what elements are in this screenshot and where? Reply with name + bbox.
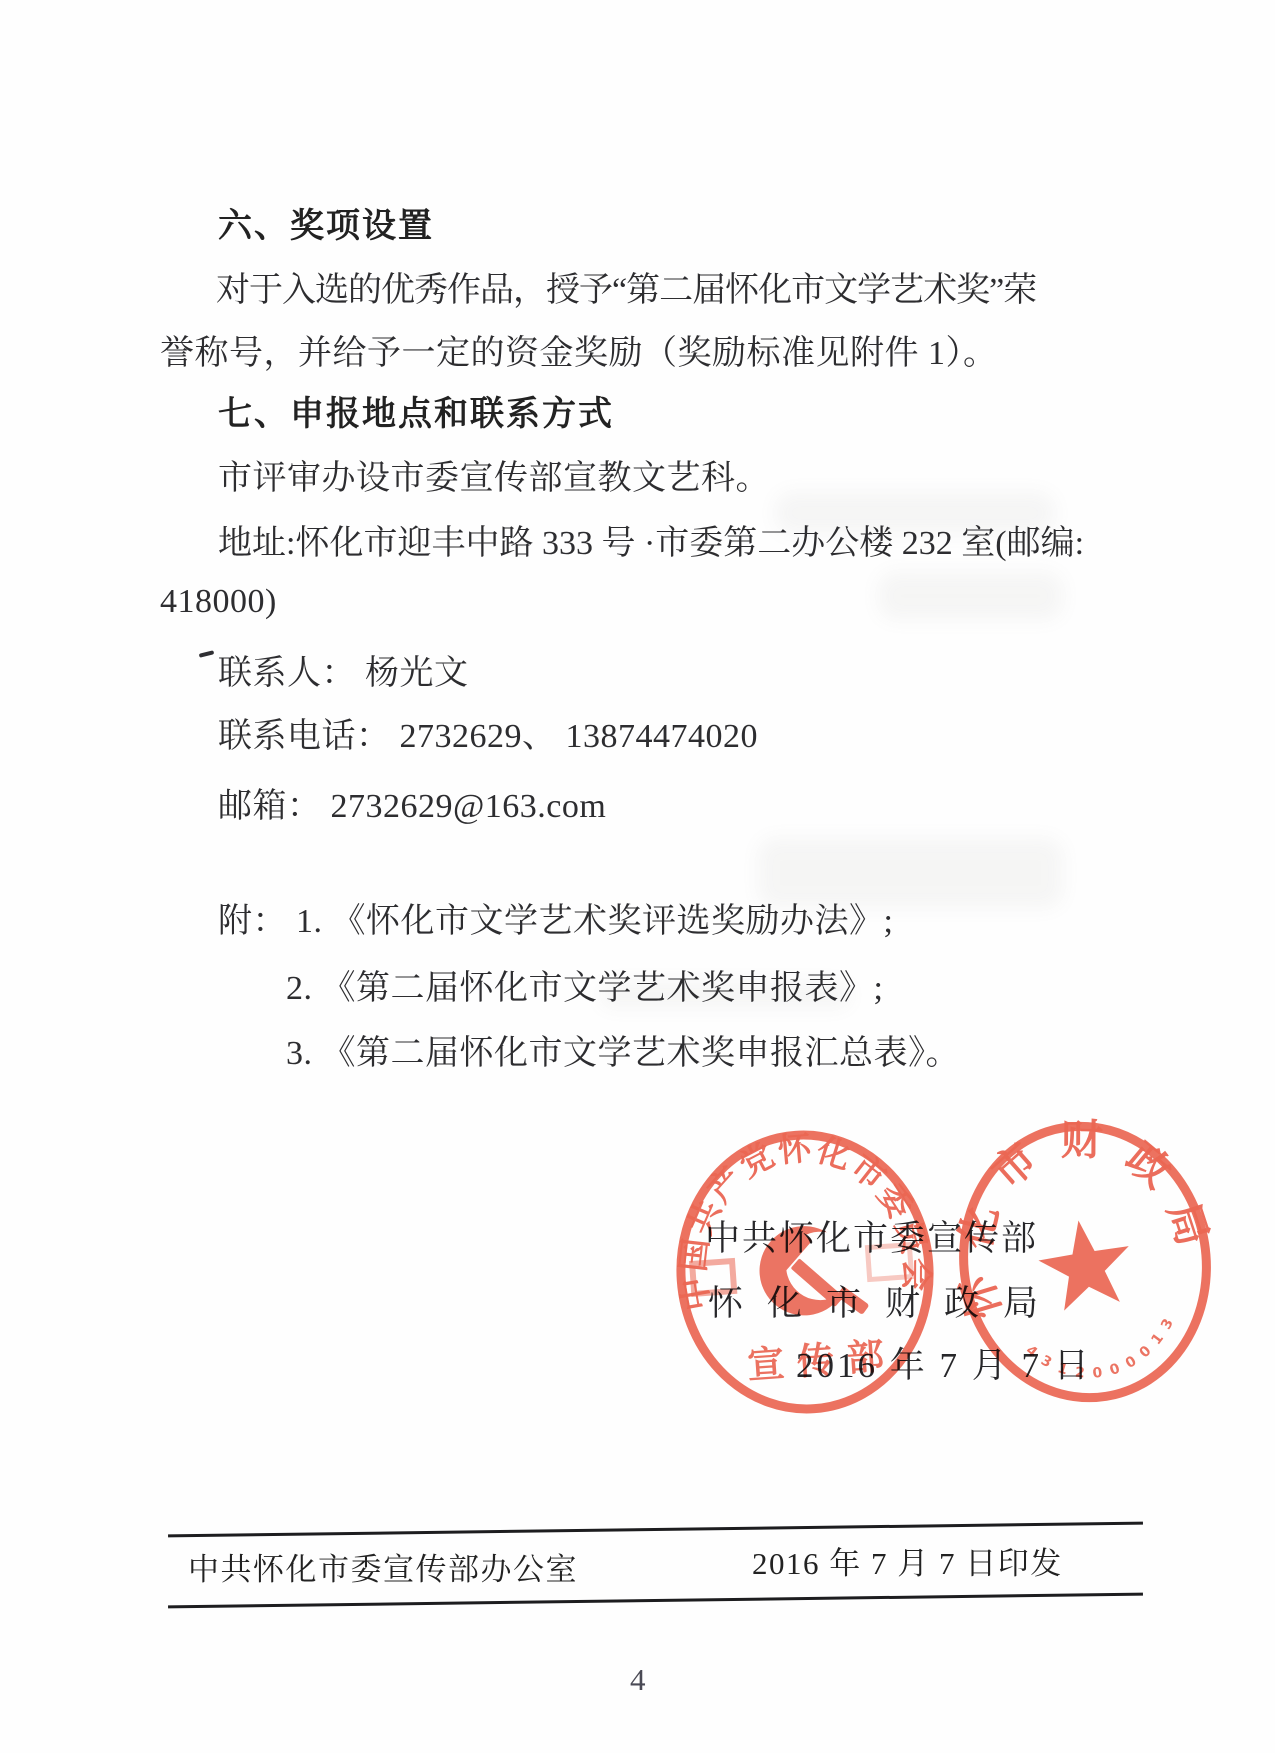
document-page: 六、奖项设置 对于入选的优秀作品，授予“第二届怀化市文学艺术奖”荣 誉称号，并给… [0, 0, 1275, 1753]
svg-text:中国共产党怀化市委员会: 中国共产党怀化市委员会 [663, 1120, 938, 1314]
finance-seal-group: 怀化市财政局 431200001399 [945, 1112, 1225, 1412]
footer-print-date: 2016 年 7 月 7 日印发 [752, 1538, 1063, 1583]
finance-seal-ring-text: 怀化市财政局 [945, 1112, 1225, 1325]
party-seal-group: 中国共产党怀化市委员会 宣 传 部 [663, 1120, 946, 1418]
section-6-heading: 六、奖项设置 [218, 198, 434, 247]
contact-email-line: 邮箱： 2732629@163.com [218, 778, 606, 827]
party-seal-bottom-text: 宣 传 部 [746, 1335, 885, 1387]
page-number: 4 [630, 1662, 646, 1698]
footer-top-rule [168, 1522, 1143, 1538]
office-location-line: 市评审办设市委宣传部宣教文艺科。 [218, 450, 770, 499]
address-line-1: 地址:怀化市迎丰中路 333 号 ·市委第二办公楼 232 室(邮编: [218, 515, 1084, 564]
attachments-label: 附： [218, 903, 296, 940]
contact-person-line: 联系人： 杨光文 [218, 645, 469, 694]
footer-issuer: 中共怀化市委宣传部办公室 [188, 1544, 578, 1589]
section-7-heading: 七、申报地点和联系方式 [218, 386, 614, 435]
pen-mark-artifact [199, 650, 215, 658]
svg-text:怀化市财政局: 怀化市财政局 [945, 1112, 1225, 1325]
address-line-2: 418000) [160, 583, 277, 621]
star-icon [1033, 1213, 1137, 1313]
section-6-paragraph-line-1: 对于入选的优秀作品，授予“第二届怀化市文学艺术奖”荣 [216, 262, 1036, 311]
section-6-paragraph-line-2: 誉称号，并给予一定的资金奖励（奖励标准见附件 1）。 [160, 325, 998, 374]
hammer-and-sickle-icon [757, 1222, 871, 1328]
footer-bottom-rule [168, 1593, 1143, 1609]
finance-bureau-seal-stamp: 怀化市财政局 431200001399 [945, 1112, 1225, 1412]
attachments-line-1: 附： 1. 《怀化市文学艺术奖评选奖励办法》; [218, 893, 893, 942]
scan-smudge [878, 572, 1063, 620]
attachment-item: 2. 《第二届怀化市文学艺术奖申报表》; [286, 960, 883, 1009]
party-committee-seal-stamp: 中国共产党怀化市委员会 宣 传 部 [660, 1117, 950, 1427]
attachment-item: 1. 《怀化市文学艺术奖评选奖励办法》; [296, 903, 893, 940]
party-seal-ring-text: 中国共产党怀化市委员会 [663, 1120, 938, 1314]
contact-phone-line: 联系电话： 2732629、 13874474020 [218, 708, 758, 757]
attachment-item: 3. 《第二届怀化市文学艺术奖申报汇总表》。 [286, 1025, 960, 1074]
